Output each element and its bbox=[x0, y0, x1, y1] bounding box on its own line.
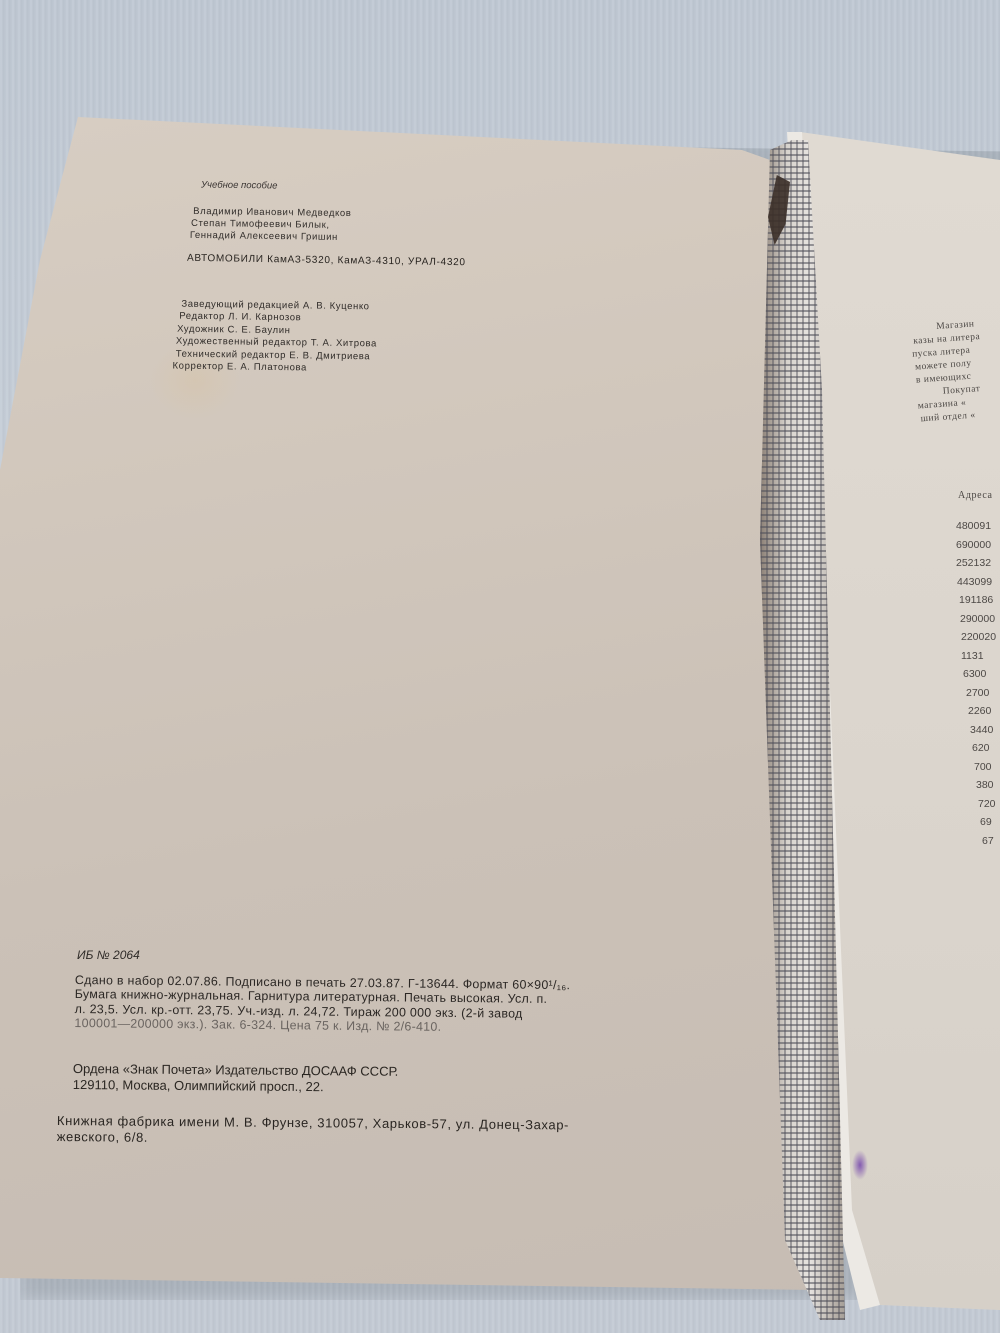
print-details-block: Сдано в набор 02.07.86. Подписано в печа… bbox=[74, 973, 570, 1035]
right-page-paragraph: Магазин казы на литера пуска литера може… bbox=[908, 318, 986, 427]
postal-code: 720 bbox=[978, 795, 996, 814]
postal-code: 690000 bbox=[956, 536, 996, 555]
right-page-heading: Адреса bbox=[958, 490, 993, 501]
postal-code: 252132 bbox=[956, 554, 996, 573]
postal-code: 290000 bbox=[960, 610, 996, 629]
postal-code: 2260 bbox=[968, 702, 996, 721]
author-line: Геннадий Алексеевич Гришин bbox=[190, 230, 351, 244]
postal-code: 1131 bbox=[961, 647, 996, 666]
postal-code: 220020 bbox=[961, 628, 996, 647]
postal-code: 480091 bbox=[956, 517, 996, 536]
postal-code: 2700 bbox=[966, 684, 996, 703]
postal-code: 620 bbox=[972, 739, 996, 758]
authors-block: Владимир Иванович Медведков Степан Тимоф… bbox=[193, 206, 352, 244]
right-page-postal-codes: 480091 690000 252132 443099 191186 29000… bbox=[956, 517, 996, 850]
postal-code: 700 bbox=[974, 758, 996, 777]
postal-code: 69 bbox=[980, 813, 996, 832]
postal-code: 6300 bbox=[963, 665, 996, 684]
ib-number: ИБ № 2064 bbox=[77, 948, 140, 962]
factory-block: Книжная фабрика имени М. В. Фрунзе, 3100… bbox=[57, 1113, 569, 1148]
purple-stamp-mark bbox=[852, 1150, 868, 1180]
publisher-address: 129110, Москва, Олимпийский просп., 22. bbox=[73, 1077, 399, 1096]
postal-code: 3440 bbox=[970, 721, 996, 740]
postal-code: 380 bbox=[976, 776, 996, 795]
postal-code: 443099 bbox=[957, 573, 996, 592]
postal-code: 191186 bbox=[959, 591, 996, 610]
staff-block: Заведующий редакцией А. В. Куценко Редак… bbox=[174, 299, 377, 376]
postal-code: 67 bbox=[982, 832, 996, 851]
publisher-block: Ордена «Знак Почета» Издательство ДОСААФ… bbox=[73, 1061, 399, 1096]
imprint-label: Учебное пособие bbox=[201, 179, 278, 191]
